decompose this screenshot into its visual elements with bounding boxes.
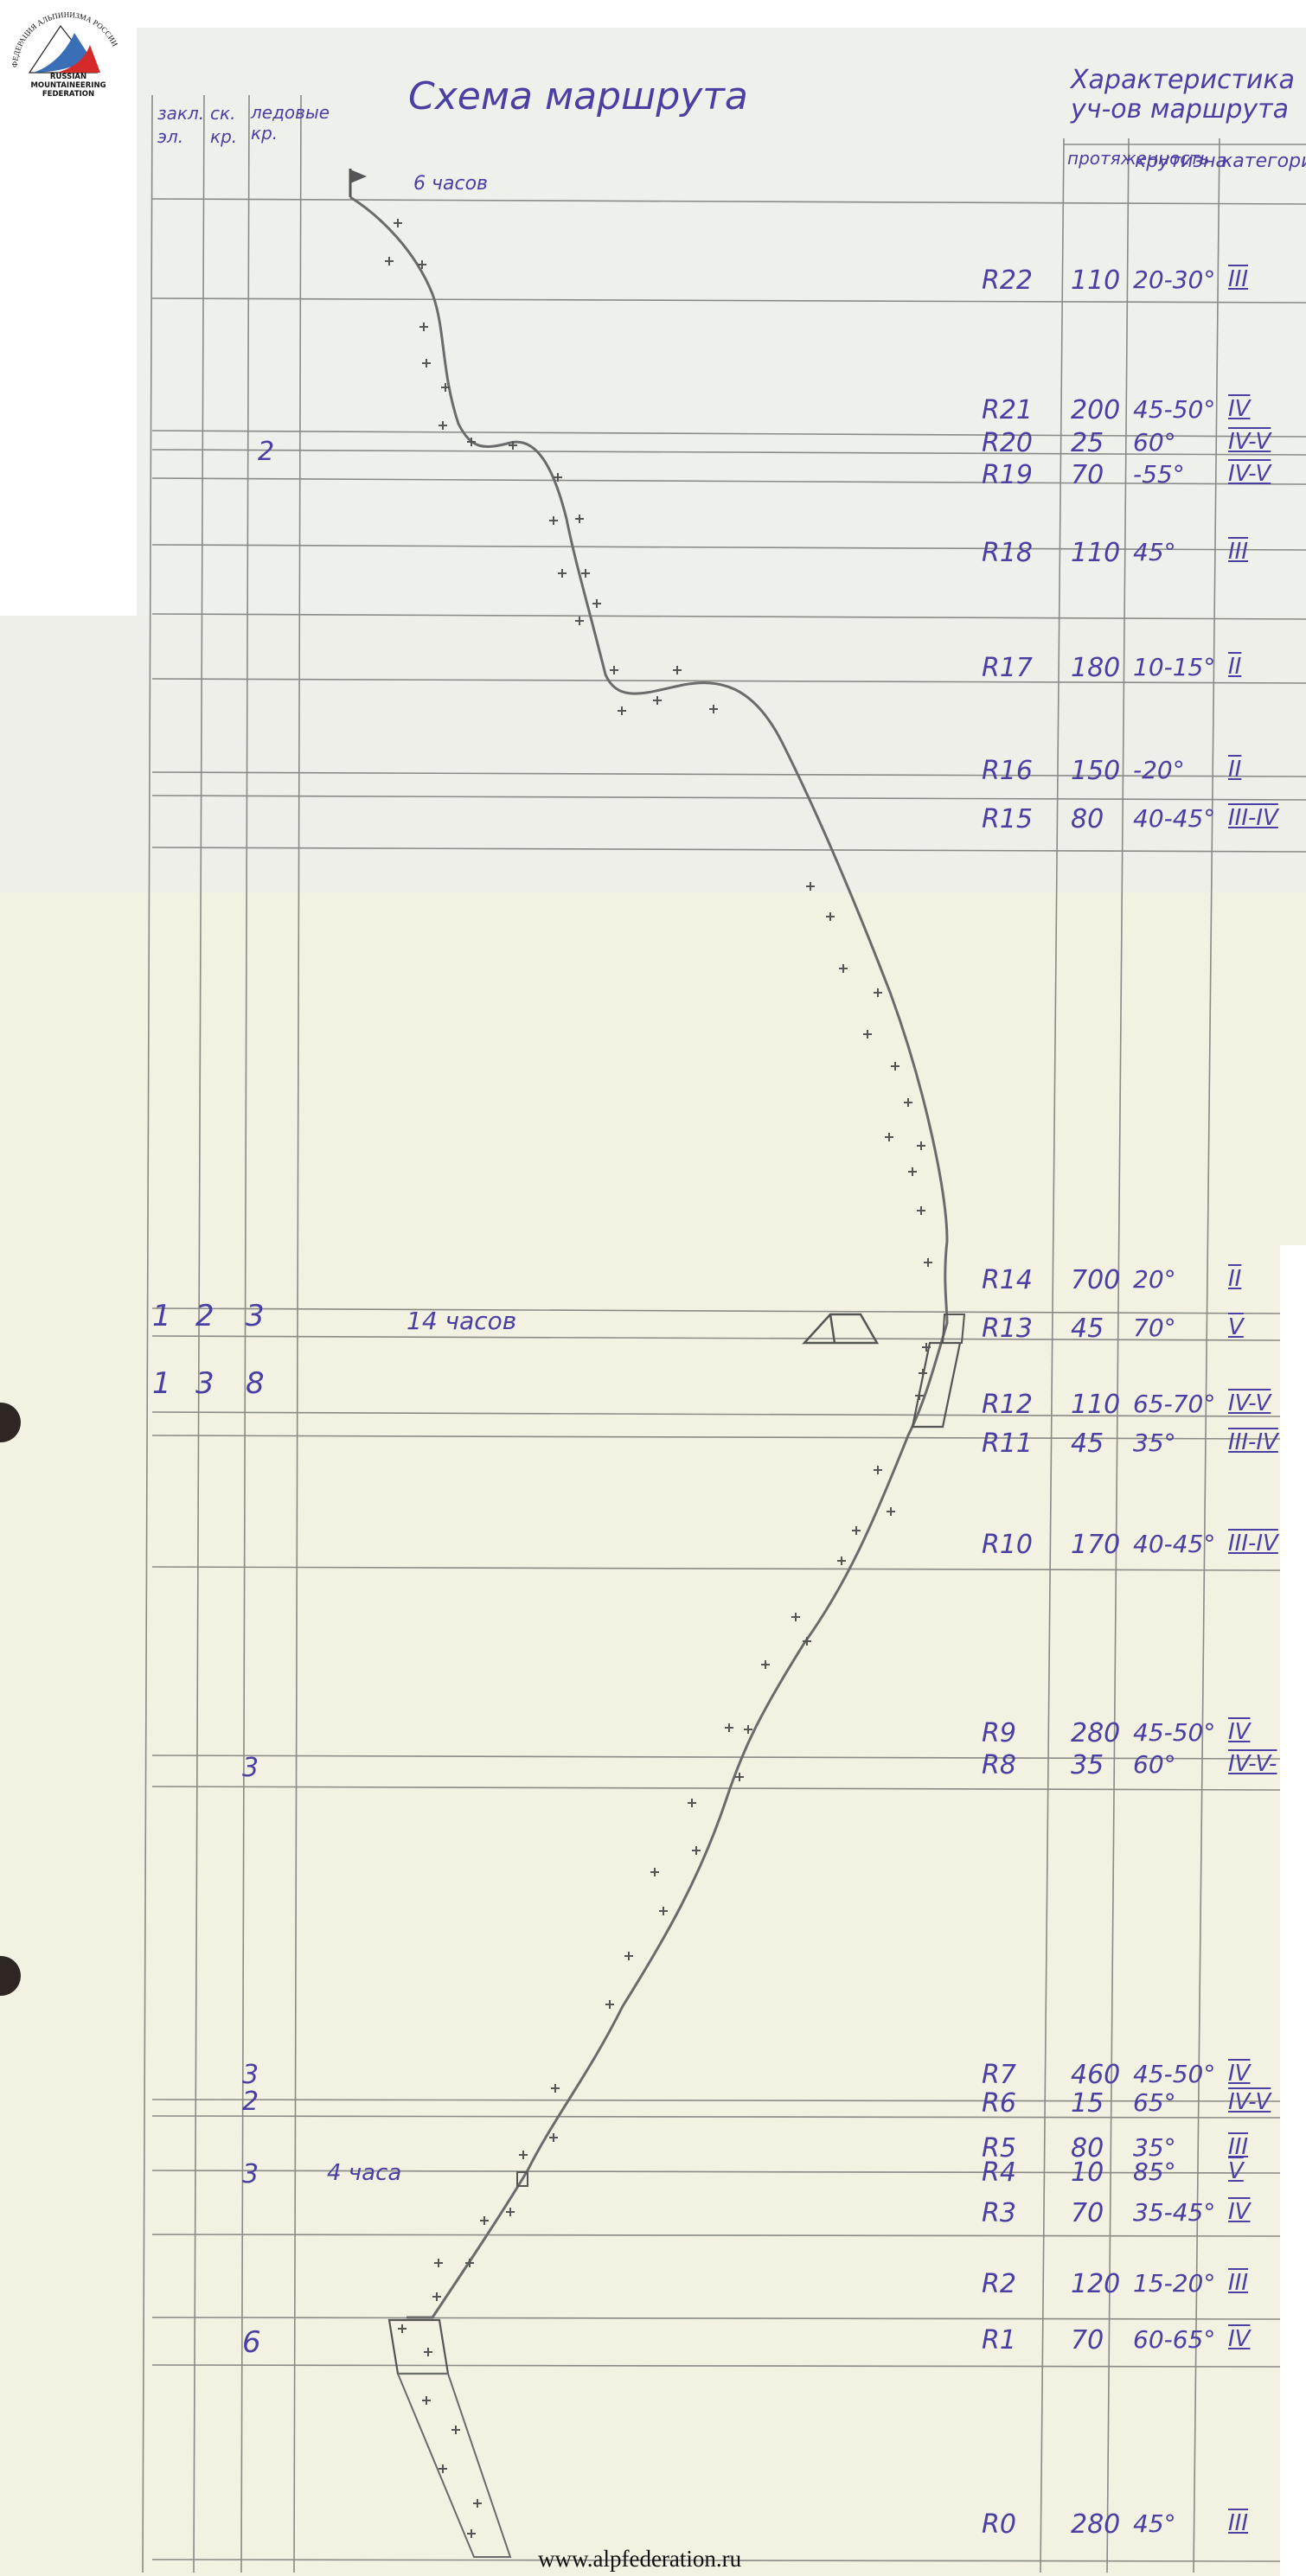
characteristics-title-line1: Характеристика (1071, 67, 1295, 93)
section-id: R12 (982, 1392, 1033, 1418)
section-category: II (1228, 1268, 1241, 1290)
section-id: R22 (982, 268, 1033, 294)
section-length: 700 (1071, 1268, 1120, 1294)
section-steepness: 45° (1133, 540, 1176, 565)
section-length: 180 (1071, 655, 1120, 681)
rock-hook-count: 2 (195, 1301, 214, 1331)
section-length: 80 (1071, 807, 1104, 833)
ice-hook-count: 2 (242, 2089, 259, 2115)
route-line (350, 197, 947, 2317)
section-category: IV (1228, 2062, 1250, 2085)
page-title: Схема маршрута (408, 78, 748, 116)
section-steepness: 70° (1133, 1316, 1176, 1340)
section-steepness: -20° (1133, 758, 1185, 783)
section-category: III-IV (1228, 1532, 1278, 1555)
ice-hook-count: 8 (246, 1369, 265, 1398)
section-steepness: 35° (1133, 2136, 1176, 2160)
section-length: 120 (1071, 2272, 1120, 2298)
section-id: R18 (982, 540, 1033, 566)
section-category: III-IV (1228, 807, 1278, 829)
summit-flag-icon (350, 169, 367, 197)
section-category: III-IV (1228, 1431, 1278, 1454)
section-category: IV-V- (1228, 1753, 1277, 1775)
section-steepness: 65° (1133, 2091, 1176, 2115)
section-steepness: 45° (1133, 2512, 1176, 2536)
section-steepness: 45-50° (1133, 398, 1215, 422)
section-length: 280 (1071, 1721, 1120, 1747)
section-category: III (1228, 2136, 1248, 2158)
section-category: IV-V (1228, 2091, 1271, 2113)
section-category: III (1228, 540, 1248, 563)
ice-hook-count: 3 (242, 2162, 259, 2188)
time-label-top: 6 часов (413, 175, 488, 194)
section-id: R15 (982, 807, 1033, 833)
section-steepness: 60° (1133, 431, 1176, 455)
section-id: R11 (982, 1431, 1033, 1457)
header-rock-hooks: ск. кр. (210, 102, 245, 149)
section-category: IV (1228, 2328, 1250, 2350)
section-length: 460 (1071, 2062, 1120, 2088)
section-steepness: 65-70° (1133, 1392, 1215, 1416)
ice-hook-count: 3 (246, 1301, 265, 1331)
section-length: 45 (1071, 1431, 1104, 1457)
section-steepness: 45-50° (1133, 2062, 1215, 2087)
section-steepness: 40-45° (1133, 1532, 1215, 1556)
section-length: 110 (1071, 540, 1120, 566)
closed-element-count: 1 (152, 1369, 171, 1398)
section-length: 25 (1071, 431, 1104, 457)
section-id: R9 (982, 1721, 1016, 1747)
table-grid (143, 95, 1306, 2573)
section-category: IV (1228, 1721, 1250, 1743)
section-category: III (1228, 2272, 1248, 2294)
section-length: 70 (1071, 2201, 1104, 2227)
section-id: R2 (982, 2272, 1016, 2298)
ice-hook-count: 2 (258, 439, 274, 465)
ice-hook-count: 3 (242, 2062, 259, 2088)
section-length: 150 (1071, 758, 1120, 784)
characteristics-title-line2: уч-ов маршрута (1071, 97, 1289, 123)
section-steepness: 15-20° (1133, 2272, 1215, 2296)
section-length: 10 (1071, 2160, 1104, 2186)
header-ice-hooks: ледовые кр. (251, 102, 303, 144)
section-id: R7 (982, 2062, 1016, 2088)
section-steepness: 45-50° (1133, 1721, 1215, 1745)
section-category: III (1228, 2512, 1248, 2534)
section-id: R10 (982, 1532, 1033, 1558)
header-closed-elements: закл. эл. (157, 102, 201, 149)
section-id: R1 (982, 2328, 1016, 2354)
ice-hook-count: 3 (242, 1755, 259, 1781)
section-length: 110 (1071, 268, 1120, 294)
ice-hook-count: 6 (242, 2328, 261, 2357)
section-id: R17 (982, 655, 1033, 681)
section-length: 70 (1071, 2328, 1104, 2354)
section-category: IV (1228, 398, 1250, 420)
header-length: протяженность (1067, 149, 1128, 169)
section-length: 170 (1071, 1532, 1120, 1558)
section-category: II (1228, 655, 1241, 678)
protection-crosses (385, 219, 932, 2538)
section-id: R8 (982, 1753, 1016, 1779)
section-id: R16 (982, 758, 1033, 784)
approach-band (398, 2374, 510, 2557)
section-id: R3 (982, 2201, 1016, 2227)
section-length: 200 (1071, 398, 1120, 424)
section-steepness: 40-45° (1133, 807, 1215, 831)
section-steepness: 35° (1133, 1431, 1176, 1455)
section-id: R13 (982, 1316, 1033, 1342)
section-steepness: 60° (1133, 1753, 1176, 1777)
closed-element-count: 1 (152, 1301, 171, 1331)
header-steepness: крутизна (1135, 149, 1213, 176)
section-steepness: -55° (1133, 463, 1185, 487)
section-category: II (1228, 758, 1241, 781)
section-length: 110 (1071, 1392, 1120, 1418)
section-steepness: 35-45° (1133, 2201, 1215, 2225)
section-length: 35 (1071, 1753, 1104, 1779)
section-category: V (1228, 1316, 1244, 1339)
section-steepness: 10-15° (1133, 655, 1215, 680)
section-category: IV (1228, 2201, 1250, 2223)
section-category: IV-V (1228, 431, 1271, 453)
section-steepness: 20° (1133, 1268, 1176, 1292)
header-category: категория (1221, 149, 1306, 176)
rock-hook-count: 3 (195, 1369, 214, 1398)
section-steepness: 20-30° (1133, 268, 1215, 292)
time-label-bottom: 4 часа (327, 2162, 401, 2184)
section-length: 280 (1071, 2512, 1120, 2538)
section-category: IV-V (1228, 463, 1271, 485)
section-id: R4 (982, 2160, 1016, 2186)
time-label-middle: 14 часов (407, 1309, 516, 1333)
section-id: R20 (982, 431, 1033, 457)
section-category: V (1228, 2160, 1244, 2183)
section-id: R0 (982, 2512, 1016, 2538)
section-length: 45 (1071, 1316, 1104, 1342)
section-steepness: 60-65° (1133, 2328, 1215, 2352)
section-length: 15 (1071, 2091, 1104, 2117)
section-category: IV-V (1228, 1392, 1271, 1415)
section-steepness: 85° (1133, 2160, 1176, 2184)
watermark: www.alpfederation.ru (538, 2546, 741, 2573)
section-id: R19 (982, 463, 1033, 489)
section-id: R14 (982, 1268, 1033, 1294)
section-length: 70 (1071, 463, 1104, 489)
section-id: R6 (982, 2091, 1016, 2117)
section-category: III (1228, 268, 1248, 291)
section-id: R21 (982, 398, 1033, 424)
